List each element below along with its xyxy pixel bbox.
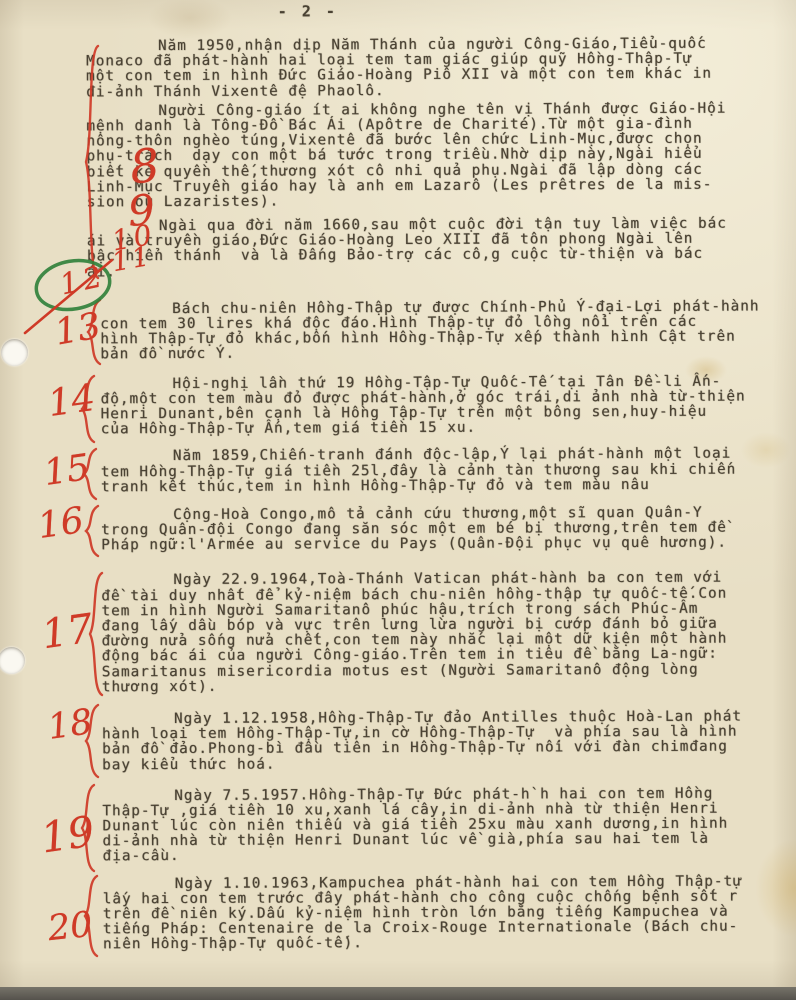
page-number: - 2 - — [228, 2, 388, 21]
paragraph-14: Hội-nghị lần thứ 19 Hồng-Tập-Tự Quốc-Tế … — [100, 374, 787, 438]
text-line: bậc hiển thánh và là Đấng Bảo-trợ các cô… — [87, 247, 787, 265]
text-line: một con tem in hình Đức Giáo-Hoàng Piô X… — [86, 67, 786, 85]
paragraph-20: Ngày 1.10.1963,Kampuchea phát-hành hai c… — [103, 874, 790, 953]
paragraph-13: Bách chu-niên Hồng-Thập tự được Chính-Ph… — [100, 299, 787, 363]
text-line: địa-cầu. — [103, 847, 790, 865]
paragraph-18: Ngày 1.12.1958,Hồng-Thập-Tự đảo Antilles… — [102, 709, 789, 773]
scan-edge — [0, 987, 796, 1000]
paragraph-19: Ngày 7.5.1957.Hồng-Thập-Tự Đức phát-h`h … — [102, 786, 789, 865]
text-line: Linh-Mục Truyền giáo hay là anh em Lazar… — [87, 177, 787, 195]
text-line: tranh kết thúc,tem in hình Hồng-Thập-Tự … — [101, 477, 788, 495]
text-line: của Hồng-Thập-Tự Ấn,tem giá tiền 15 xu. — [101, 419, 788, 437]
text-line: Samaritanus misericordia motus est (Ngườ… — [102, 662, 789, 680]
paragraph-17: Ngày 22.9.1964,Toà-Thánh Vatican phát-hà… — [101, 571, 789, 695]
text-line: bản đồ đảo.Phong-bì đầu tiên in Hồng-Thậ… — [102, 740, 789, 758]
text-line: bản đồ nước Ý. — [100, 345, 787, 363]
paragraph-intro-1: Năm 1950,nhận dịp Năm Thánh của người Cô… — [86, 36, 786, 100]
text-line: bay kiểu thức hoá. — [102, 755, 789, 773]
paragraph-15: Năm 1859,Chiến-tranh đánh độc-lập,Ý lại … — [101, 447, 788, 496]
text-line: ái. — [87, 262, 787, 280]
typewritten-layer: - 2 - Năm 1950,nhận dịp Năm Thánh của ng… — [0, 0, 796, 1000]
text-line: Pháp ngữ:l'Armée au service du Pays (Quâ… — [101, 536, 788, 554]
text-line: niên Hồng-Thập-Tự quốc-tế). — [103, 935, 790, 953]
document-body: Năm 1950,nhận dịp Năm Thánh của người Cô… — [86, 34, 790, 953]
text-line: đi-ảnh Thánh Vixentê đệ Phaolô. — [86, 82, 786, 100]
text-line: sion ou Lazaristes). — [87, 192, 787, 210]
text-line: thương xót). — [102, 677, 789, 695]
paragraph-16: Cộng-Hoà Congo,mô tả cảnh cứu thương,một… — [101, 505, 788, 554]
document-page: - 2 - Năm 1950,nhận dịp Năm Thánh của ng… — [0, 0, 796, 1000]
paragraph-intro-3: Ngài qua đời năm 1660,sau một cuộc đời t… — [87, 216, 787, 280]
hole-punch-top — [1, 339, 28, 366]
paragraph-intro-2: Người Công-giáo ít ai không nghe tên vị … — [86, 101, 786, 210]
